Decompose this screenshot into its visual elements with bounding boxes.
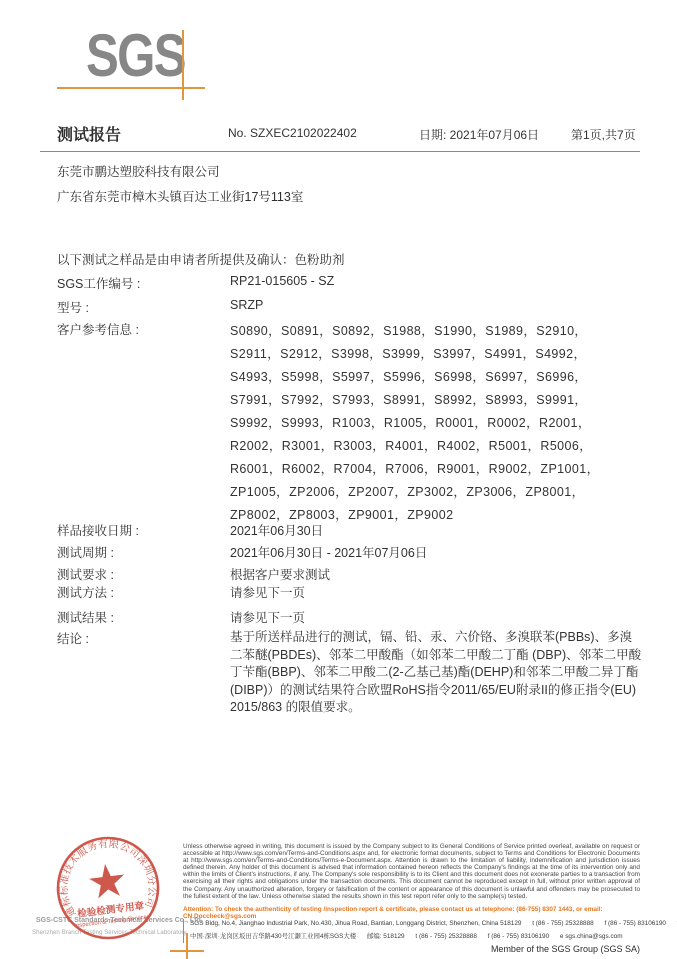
job-no-value: RP21-015605 - SZ xyxy=(230,274,642,292)
footer-cross-horizontal-rule xyxy=(170,950,204,952)
client-ref-line: R2002，R3001，R3003，R4001，R4002，R5001，R500… xyxy=(230,435,642,458)
field-row-model: 型号 : SRZP xyxy=(57,298,642,316)
report-date: 日期: 2021年07月06日 xyxy=(419,126,539,143)
address-cn-post: 邮编: 518129 xyxy=(367,933,405,940)
address-cn-fax: f (86 - 755) 83106190 xyxy=(488,933,549,940)
applicant-name: 东莞市鹏达塑胶科技有限公司 xyxy=(57,162,220,180)
client-ref-list: S0890，S0891，S0892，S1988，S1990，S1989，S291… xyxy=(230,320,642,527)
report-title: 测试报告 xyxy=(57,122,121,145)
address-row-en: SGS Bldg, No.4, Jianghao Industrial Park… xyxy=(190,920,642,927)
report-number: No. SZXEC2102022402 xyxy=(228,126,357,140)
field-row-job-no: SGS工作编号 : RP21-015605 - SZ xyxy=(57,274,642,292)
model-label: 型号 : xyxy=(57,298,230,316)
footer-cross-vertical-rule xyxy=(186,933,188,959)
terms-disclaimer: Unless otherwise agreed in writing, this… xyxy=(183,843,640,900)
authenticity-attention: Attention: To check the authenticity of … xyxy=(183,906,640,920)
test-method-value: 请参见下一页 xyxy=(230,583,642,601)
model-value: SRZP xyxy=(230,298,642,316)
address-en: SGS Bldg, No.4, Jianghao Industrial Park… xyxy=(190,920,521,927)
field-row-test-method: 测试方法 : 请参见下一页 xyxy=(57,583,642,601)
test-method-label: 测试方法 : xyxy=(57,583,230,601)
field-row-test-results: 测试结果 : 请参见下一页 xyxy=(57,608,642,626)
test-report-page: SGS 测试报告 No. SZXEC2102022402 日期: 2021年07… xyxy=(0,0,677,959)
client-ref-line: S7991，S7992，S7993，S8991，S8992，S8993，S999… xyxy=(230,389,642,412)
received-date-value: 2021年06月30日 xyxy=(230,521,642,539)
stamp-star-icon: ★ xyxy=(84,853,131,910)
conclusion-value: 基于所送样品进行的测试，镉、铅、汞、六价铬、多溴联苯(PBBs)、多溴二苯醚(P… xyxy=(230,629,642,717)
test-period-label: 测试周期 : xyxy=(57,543,230,561)
client-ref-line: R6001，R6002，R7004，R7006，R9001，R9002，ZP10… xyxy=(230,458,642,481)
sgs-logo: SGS xyxy=(86,26,185,86)
field-row-conclusion: 结论 : 基于所送样品进行的测试，镉、铅、汞、六价铬、多溴联苯(PBBs)、多溴… xyxy=(57,629,642,717)
job-no-label: SGS工作编号 : xyxy=(57,274,230,292)
test-results-value: 请参见下一页 xyxy=(230,608,642,626)
header-divider xyxy=(40,151,640,152)
client-ref-line: S4993，S5998，S5997，S5996，S6998，S6997，S699… xyxy=(230,366,642,389)
client-ref-line: S2911，S2912，S3998，S3999，S3997，S4991，S499… xyxy=(230,343,642,366)
field-row-test-requested: 测试要求 : 根据客户要求测试 xyxy=(57,565,642,583)
test-results-label: 测试结果 : xyxy=(57,608,230,626)
address-row-cn: 中国·深圳·龙岗区坂田吉华路430号江灏工业园4栋SGS大楼 邮编: 51812… xyxy=(190,931,642,940)
client-ref-label: 客户参考信息 : xyxy=(57,320,230,527)
test-requested-value: 根据客户要求测试 xyxy=(230,565,642,583)
address-cn-tel: t (86 - 755) 25328888 xyxy=(415,933,476,940)
test-requested-label: 测试要求 : xyxy=(57,565,230,583)
received-date-label: 样品接收日期 : xyxy=(57,521,230,539)
logo-vertical-rule xyxy=(182,30,184,100)
sgs-group-member-note: Member of the SGS Group (SGS SA) xyxy=(491,944,640,954)
inspection-stamp: 通标标准技术服务有限公司深圳分公司 ★ 检验检测专用章 Inspection &… xyxy=(50,830,166,946)
client-ref-line: S9992，S9993，R1003，R1005，R0001，R0002，R200… xyxy=(230,412,642,435)
field-row-client-ref: 客户参考信息 : S0890，S0891，S0892，S1988，S1990，S… xyxy=(57,320,642,527)
field-row-test-period: 测试周期 : 2021年06月30日 - 2021年07月06日 xyxy=(57,543,642,561)
test-period-value: 2021年06月30日 - 2021年07月06日 xyxy=(230,543,642,561)
client-ref-line: ZP1005，ZP2006，ZP2007，ZP3002，ZP3006，ZP800… xyxy=(230,481,642,504)
client-ref-line: S0890，S0891，S0892，S1988，S1990，S1989，S291… xyxy=(230,320,642,343)
address-cn-email: e sgs.china@sgs.com xyxy=(560,933,623,940)
conclusion-label: 结论 : xyxy=(57,629,230,717)
address-en-tel: t (86 - 755) 25328888 xyxy=(532,920,593,927)
applicant-address: 广东省东莞市樟木头镇百达工业街17号113室 xyxy=(57,187,303,205)
address-cn: 中国·深圳·龙岗区坂田吉华路430号江灏工业园4栋SGS大楼 xyxy=(190,933,356,940)
page-indicator: 第1页,共7页 xyxy=(571,126,636,143)
address-en-fax: f (86 - 755) 83106190 xyxy=(605,920,666,927)
field-row-received-date: 样品接收日期 : 2021年06月30日 xyxy=(57,521,642,539)
sample-intro: 以下测试之样品是由申请者所提供及确认：色粉助剂 xyxy=(57,250,345,268)
